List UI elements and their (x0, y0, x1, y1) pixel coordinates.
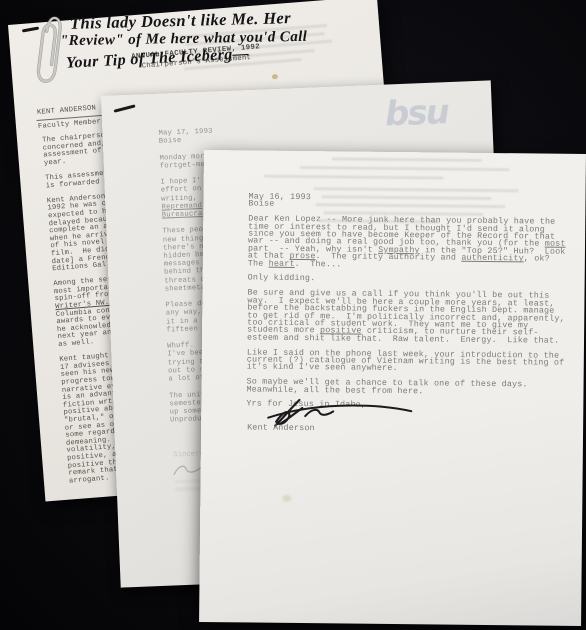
ghost-text-bleedthrough (332, 157, 482, 162)
handwritten-dash-mark (114, 104, 136, 112)
may16-letter-text: May 16, 1993Boise Dear Ken Lopez -- More… (246, 193, 566, 411)
bsu-logo: bsu (384, 92, 456, 135)
typed-signature-name: Kent Anderson (247, 422, 315, 433)
photo-scene: ANNUAL FACULTY REVIEW, 1992 Chairperson'… (0, 0, 586, 630)
paper-stain (272, 74, 278, 79)
ghost-text-bleedthrough (300, 166, 510, 172)
ghost-text-bleedthrough (264, 175, 444, 180)
may16-letter-document: May 16, 1993Boise Dear Ken Lopez -- More… (199, 150, 586, 626)
paper-stain (282, 495, 291, 502)
ghost-text-bleedthrough (314, 187, 519, 193)
